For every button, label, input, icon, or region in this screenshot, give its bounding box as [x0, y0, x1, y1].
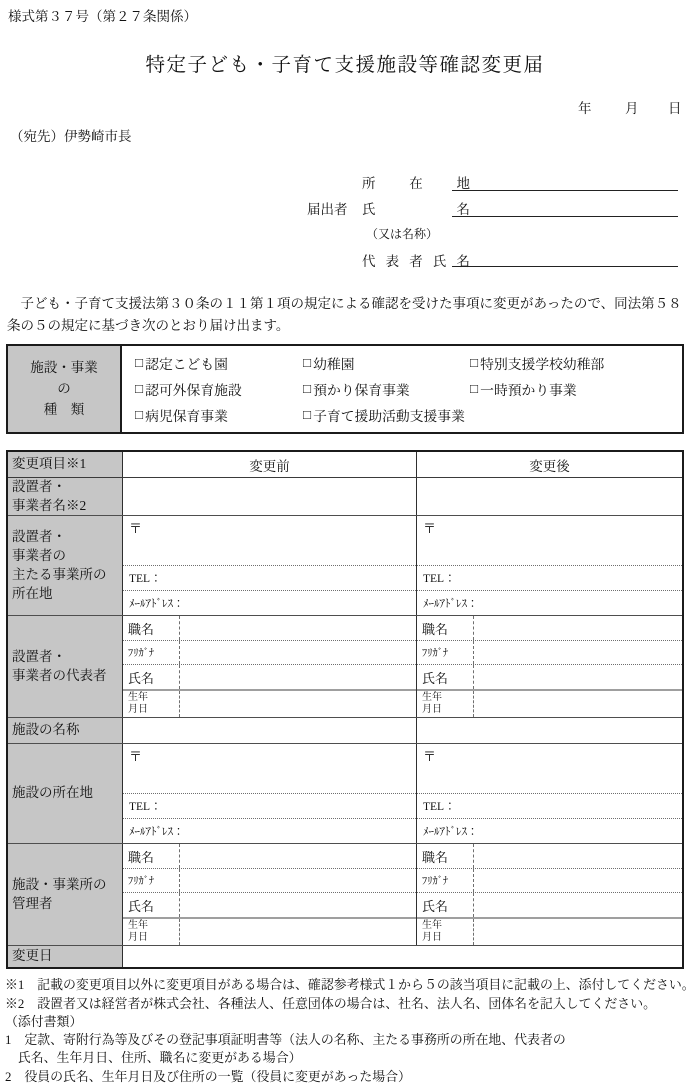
declarant-address-blank[interactable]	[452, 190, 678, 191]
manager-birth-row: 生年月日	[417, 917, 682, 945]
operator-address-after-cell: 〒 TEL： ﾒｰﾙｱﾄﾞﾚｽ：	[416, 516, 682, 615]
facility-address-before-postal-input[interactable]: 〒	[123, 744, 416, 793]
facility-address-label: 施設の所在地	[8, 744, 122, 843]
manager-title-before-input[interactable]	[180, 844, 416, 868]
label-line: 事業者名※2	[12, 497, 122, 516]
birth-sublabel: 生年月日	[123, 919, 180, 945]
operator-representative-label: 設置者・ 事業者の代表者	[8, 616, 122, 717]
mail-label: ﾒｰﾙｱﾄﾞﾚｽ：	[129, 823, 184, 839]
operator-address-after-tel-input[interactable]: TEL：	[417, 565, 682, 590]
facility-name-before-input[interactable]	[122, 718, 416, 743]
footnote-2: ※2 設置者又は経営者が株式会社、各種法人、任意団体の場合は、社名、法人名、団体…	[5, 995, 685, 1013]
special-needs-school-kindergarten-checkbox[interactable]: □	[470, 355, 478, 371]
title-sublabel: 職名	[417, 844, 474, 868]
intro-paragraph: 子ども・子育て支援法第３０条の１１第１項の規定による確認を受けた事項に変更があっ…	[7, 293, 683, 336]
footnotes: ※1 記載の変更項目以外に変更項目がある場合は、確認参考様式１から５の該当項目に…	[5, 976, 685, 1085]
operator-address-after-mail-input[interactable]: ﾒｰﾙｱﾄﾞﾚｽ：	[417, 590, 682, 615]
option-kindergarten: □幼稚園	[303, 353, 470, 373]
manager-after-cell: 職名 ﾌﾘｶﾞﾅ 氏名 生年月日	[416, 844, 682, 945]
label-line: 設置者・	[12, 648, 122, 667]
option-special-needs-school-kindergarten: □特別支援学校幼稚部	[470, 353, 604, 373]
manager-title-row: 職名	[417, 844, 682, 868]
name-sublabel: 氏名	[123, 665, 180, 689]
manager-kana-row: ﾌﾘｶﾞﾅ	[123, 868, 416, 892]
operator-address-label: 設置者・ 事業者の 主たる事業所の 所在地	[8, 516, 122, 615]
manager-label: 施設・事業所の 管理者	[8, 844, 122, 945]
tel-label: TEL：	[423, 570, 456, 586]
title-sublabel: 職名	[417, 616, 474, 640]
facility-type-row: □病児保育事業 □子育て援助活動支援事業	[135, 402, 682, 428]
row-operator-address: 設置者・ 事業者の 主たる事業所の 所在地 〒 TEL： ﾒｰﾙｱﾄﾞﾚｽ： 〒…	[8, 515, 682, 615]
name-sublabel: 氏名	[123, 893, 180, 917]
rep-birth-row: 生年月日	[123, 689, 416, 717]
postal-mark: 〒	[423, 521, 436, 536]
manager-kana-before-input[interactable]	[180, 869, 416, 892]
attachment-item-1-line-1: 1 定款、寄附行為等及びその登記事項証明書等（法人の名称、主たる事務所の所在地、…	[5, 1031, 685, 1049]
date-day-label: 日	[668, 97, 682, 117]
date-year-label: 年	[578, 97, 592, 117]
temporary-daycare-checkbox[interactable]: □	[470, 381, 478, 397]
form-header: 様式第３７号（第２７条関係） 特定子ども・子育て支援施設等確認変更届 年 月 日…	[0, 0, 690, 290]
date-month-label: 月	[625, 97, 639, 117]
kana-sublabel: ﾌﾘｶﾞﾅ	[123, 641, 180, 664]
rep-kana-before-input[interactable]	[180, 641, 416, 664]
attachments-title: （添付書類）	[5, 1013, 685, 1031]
before-header-cell: 変更前	[122, 452, 416, 477]
option-label: 認定こども園	[145, 353, 228, 373]
childcare-support-activity-checkbox[interactable]: □	[303, 407, 311, 423]
facility-type-header-line: の	[57, 379, 71, 400]
change-date-label: 変更日	[8, 946, 122, 967]
postal-mark: 〒	[423, 749, 436, 764]
sick-childcare-checkbox[interactable]: □	[135, 407, 143, 423]
birth-sublabel: 生年月日	[417, 691, 474, 717]
facility-address-before-cell: 〒 TEL： ﾒｰﾙｱﾄﾞﾚｽ：	[122, 744, 416, 843]
option-label: 病児保育事業	[145, 405, 228, 425]
declarant-address-label: 所在地	[362, 172, 470, 192]
declarant-name-blank[interactable]	[452, 216, 678, 217]
change-item-header-cell: 変更項目※1	[8, 452, 122, 477]
change-date-input[interactable]	[122, 946, 682, 967]
facility-type-row: □認定こども園 □幼稚園 □特別支援学校幼稚部	[135, 350, 682, 376]
operator-address-before-postal-input[interactable]: 〒	[123, 516, 416, 565]
title-sublabel: 職名	[123, 616, 180, 640]
declarant-rep-label: 代表者氏名	[362, 250, 470, 270]
kindergarten-checkbox[interactable]: □	[303, 355, 311, 371]
row-facility-name: 施設の名称	[8, 717, 682, 743]
facility-address-after-cell: 〒 TEL： ﾒｰﾙｱﾄﾞﾚｽ：	[416, 744, 682, 843]
rep-title-row: 職名	[123, 616, 416, 640]
manager-kana-row: ﾌﾘｶﾞﾅ	[417, 868, 682, 892]
operator-address-before-mail-input[interactable]: ﾒｰﾙｱﾄﾞﾚｽ：	[123, 590, 416, 615]
option-label: 認可外保育施設	[145, 379, 242, 399]
label-line: 設置者・	[12, 478, 122, 497]
form-page: 様式第３７号（第２７条関係） 特定子ども・子育て支援施設等確認変更届 年 月 日…	[0, 0, 690, 1085]
option-temporary-daycare: □一時預かり事業	[470, 379, 577, 399]
birth-sublabel: 生年月日	[123, 691, 180, 717]
kana-sublabel: ﾌﾘｶﾞﾅ	[417, 869, 474, 892]
declarant-group-label: 届出者	[307, 198, 348, 218]
label-line: 管理者	[12, 895, 122, 914]
operator-representative-after-cell: 職名 ﾌﾘｶﾞﾅ 氏名 生年月日	[416, 616, 682, 717]
postal-mark: 〒	[129, 521, 142, 536]
facility-type-row: □認可外保育施設 □預かり保育事業 □一時預かり事業	[135, 376, 682, 402]
rep-name-row: 氏名	[417, 664, 682, 689]
row-change-date: 変更日	[8, 945, 682, 967]
manager-name-row: 氏名	[123, 892, 416, 917]
operator-name-label: 設置者・ 事業者名※2	[8, 478, 122, 515]
option-label: 子育て援助活動支援事業	[313, 405, 465, 425]
rep-name-after-input[interactable]	[474, 665, 682, 689]
form-number: 様式第３７号（第２７条関係）	[8, 5, 197, 25]
label-line: 所在地	[12, 585, 122, 604]
mail-label: ﾒｰﾙｱﾄﾞﾚｽ：	[423, 595, 478, 611]
operator-representative-before-cell: 職名 ﾌﾘｶﾞﾅ 氏名 生年月日	[122, 616, 416, 717]
change-table-header-row: 変更項目※1 変更前 変更後	[8, 452, 682, 477]
facility-name-after-input[interactable]	[416, 718, 682, 743]
rep-name-before-input[interactable]	[180, 665, 416, 689]
manager-title-row: 職名	[123, 844, 416, 868]
tel-label: TEL：	[423, 798, 456, 814]
rep-title-before-input[interactable]	[180, 616, 416, 640]
facility-address-after-tel-input[interactable]: TEL：	[417, 793, 682, 818]
after-header-cell: 変更後	[416, 452, 682, 477]
operator-address-after-postal-input[interactable]: 〒	[417, 516, 682, 565]
attachment-item-1-line-2: 氏名、生年月日、住所、職名に変更がある場合）	[5, 1049, 685, 1067]
preschool-daycare-checkbox[interactable]: □	[303, 381, 311, 397]
row-manager: 施設・事業所の 管理者 職名 ﾌﾘｶﾞﾅ 氏名 生年月日 職名 ﾌﾘｶﾞﾅ 氏名…	[8, 843, 682, 945]
row-operator-name: 設置者・ 事業者名※2	[8, 477, 682, 515]
mail-label: ﾒｰﾙｱﾄﾞﾚｽ：	[129, 595, 184, 611]
facility-address-before-tel-input[interactable]: TEL：	[123, 793, 416, 818]
option-childcare-support-activity: □子育て援助活動支援事業	[303, 405, 465, 425]
tel-label: TEL：	[129, 570, 162, 586]
manager-birth-after-input[interactable]	[474, 919, 682, 945]
page-title: 特定子ども・子育て支援施設等確認変更届	[0, 49, 690, 77]
name-sublabel: 氏名	[417, 893, 474, 917]
option-label: 預かり保育事業	[313, 379, 410, 399]
operator-name-after-input[interactable]	[416, 478, 682, 515]
rep-name-row: 氏名	[123, 664, 416, 689]
manager-title-after-input[interactable]	[474, 844, 682, 868]
label-line: 事業者の代表者	[12, 667, 122, 686]
facility-name-label: 施設の名称	[8, 718, 122, 743]
option-unlicensed-childcare: □認可外保育施設	[135, 379, 303, 399]
label-line: 施設・事業所の	[12, 876, 122, 895]
manager-kana-after-input[interactable]	[474, 869, 682, 892]
rep-birth-after-input[interactable]	[474, 691, 682, 717]
kana-sublabel: ﾌﾘｶﾞﾅ	[417, 641, 474, 664]
operator-address-before-tel-input[interactable]: TEL：	[123, 565, 416, 590]
declarant-name-label: 氏名	[362, 198, 470, 218]
declarant-name-note: （又は名称）	[366, 225, 438, 242]
label-line: 主たる事業所の	[12, 566, 122, 585]
facility-type-table: 施設・事業 の 種 類 □認定こども園 □幼稚園 □特別支援学校幼稚部 □認可外…	[6, 344, 684, 434]
operator-address-before-cell: 〒 TEL： ﾒｰﾙｱﾄﾞﾚｽ：	[122, 516, 416, 615]
facility-type-header: 施設・事業 の 種 類	[8, 346, 122, 432]
tel-label: TEL：	[129, 798, 162, 814]
operator-name-before-input[interactable]	[122, 478, 416, 515]
unlicensed-childcare-checkbox[interactable]: □	[135, 381, 143, 397]
kana-sublabel: ﾌﾘｶﾞﾅ	[123, 869, 180, 892]
option-certified-childcare-center: □認定こども園	[135, 353, 303, 373]
footnote-1: ※1 記載の変更項目以外に変更項目がある場合は、確認参考様式１から５の該当項目に…	[5, 976, 685, 994]
facility-address-after-postal-input[interactable]: 〒	[417, 744, 682, 793]
manager-name-before-input[interactable]	[180, 893, 416, 917]
name-sublabel: 氏名	[417, 665, 474, 689]
rep-title-row: 職名	[417, 616, 682, 640]
option-label: 特別支援学校幼稚部	[480, 353, 604, 373]
manager-name-after-input[interactable]	[474, 893, 682, 917]
manager-birth-before-input[interactable]	[180, 919, 416, 945]
facility-type-header-line: 施設・事業	[30, 358, 98, 379]
postal-mark: 〒	[129, 749, 142, 764]
label-line: 事業者の	[12, 547, 122, 566]
option-sick-childcare: □病児保育事業	[135, 405, 303, 425]
facility-address-after-mail-input[interactable]: ﾒｰﾙｱﾄﾞﾚｽ：	[417, 818, 682, 843]
rep-kana-after-input[interactable]	[474, 641, 682, 664]
manager-birth-row: 生年月日	[123, 917, 416, 945]
rep-birth-before-input[interactable]	[180, 691, 416, 717]
certified-childcare-center-checkbox[interactable]: □	[135, 355, 143, 371]
manager-before-cell: 職名 ﾌﾘｶﾞﾅ 氏名 生年月日	[122, 844, 416, 945]
rep-birth-row: 生年月日	[417, 689, 682, 717]
attachment-item-2: 2 役員の氏名、生年月日及び住所の一覧（役員に変更があった場合）	[5, 1068, 685, 1085]
birth-sublabel: 生年月日	[417, 919, 474, 945]
addressee-label: （宛先）伊勢崎市長	[10, 125, 132, 145]
rep-kana-row: ﾌﾘｶﾞﾅ	[417, 640, 682, 664]
option-label: 一時預かり事業	[480, 379, 577, 399]
row-operator-representative: 設置者・ 事業者の代表者 職名 ﾌﾘｶﾞﾅ 氏名 生年月日 職名 ﾌﾘｶﾞﾅ 氏…	[8, 615, 682, 717]
option-label: 幼稚園	[313, 353, 354, 373]
mail-label: ﾒｰﾙｱﾄﾞﾚｽ：	[423, 823, 478, 839]
row-facility-address: 施設の所在地 〒 TEL： ﾒｰﾙｱﾄﾞﾚｽ： 〒 TEL： ﾒｰﾙｱﾄﾞﾚｽ：	[8, 743, 682, 843]
facility-type-header-line: 種 類	[44, 400, 85, 421]
rep-kana-row: ﾌﾘｶﾞﾅ	[123, 640, 416, 664]
option-preschool-daycare: □預かり保育事業	[303, 379, 470, 399]
change-table: 変更項目※1 変更前 変更後 設置者・ 事業者名※2 設置者・ 事業者の 主たる…	[6, 450, 684, 969]
rep-title-after-input[interactable]	[474, 616, 682, 640]
title-sublabel: 職名	[123, 844, 180, 868]
manager-name-row: 氏名	[417, 892, 682, 917]
declarant-rep-blank[interactable]	[452, 266, 678, 267]
facility-address-before-mail-input[interactable]: ﾒｰﾙｱﾄﾞﾚｽ：	[123, 818, 416, 843]
facility-type-options: □認定こども園 □幼稚園 □特別支援学校幼稚部 □認可外保育施設 □預かり保育事…	[122, 346, 682, 432]
label-line: 設置者・	[12, 528, 122, 547]
